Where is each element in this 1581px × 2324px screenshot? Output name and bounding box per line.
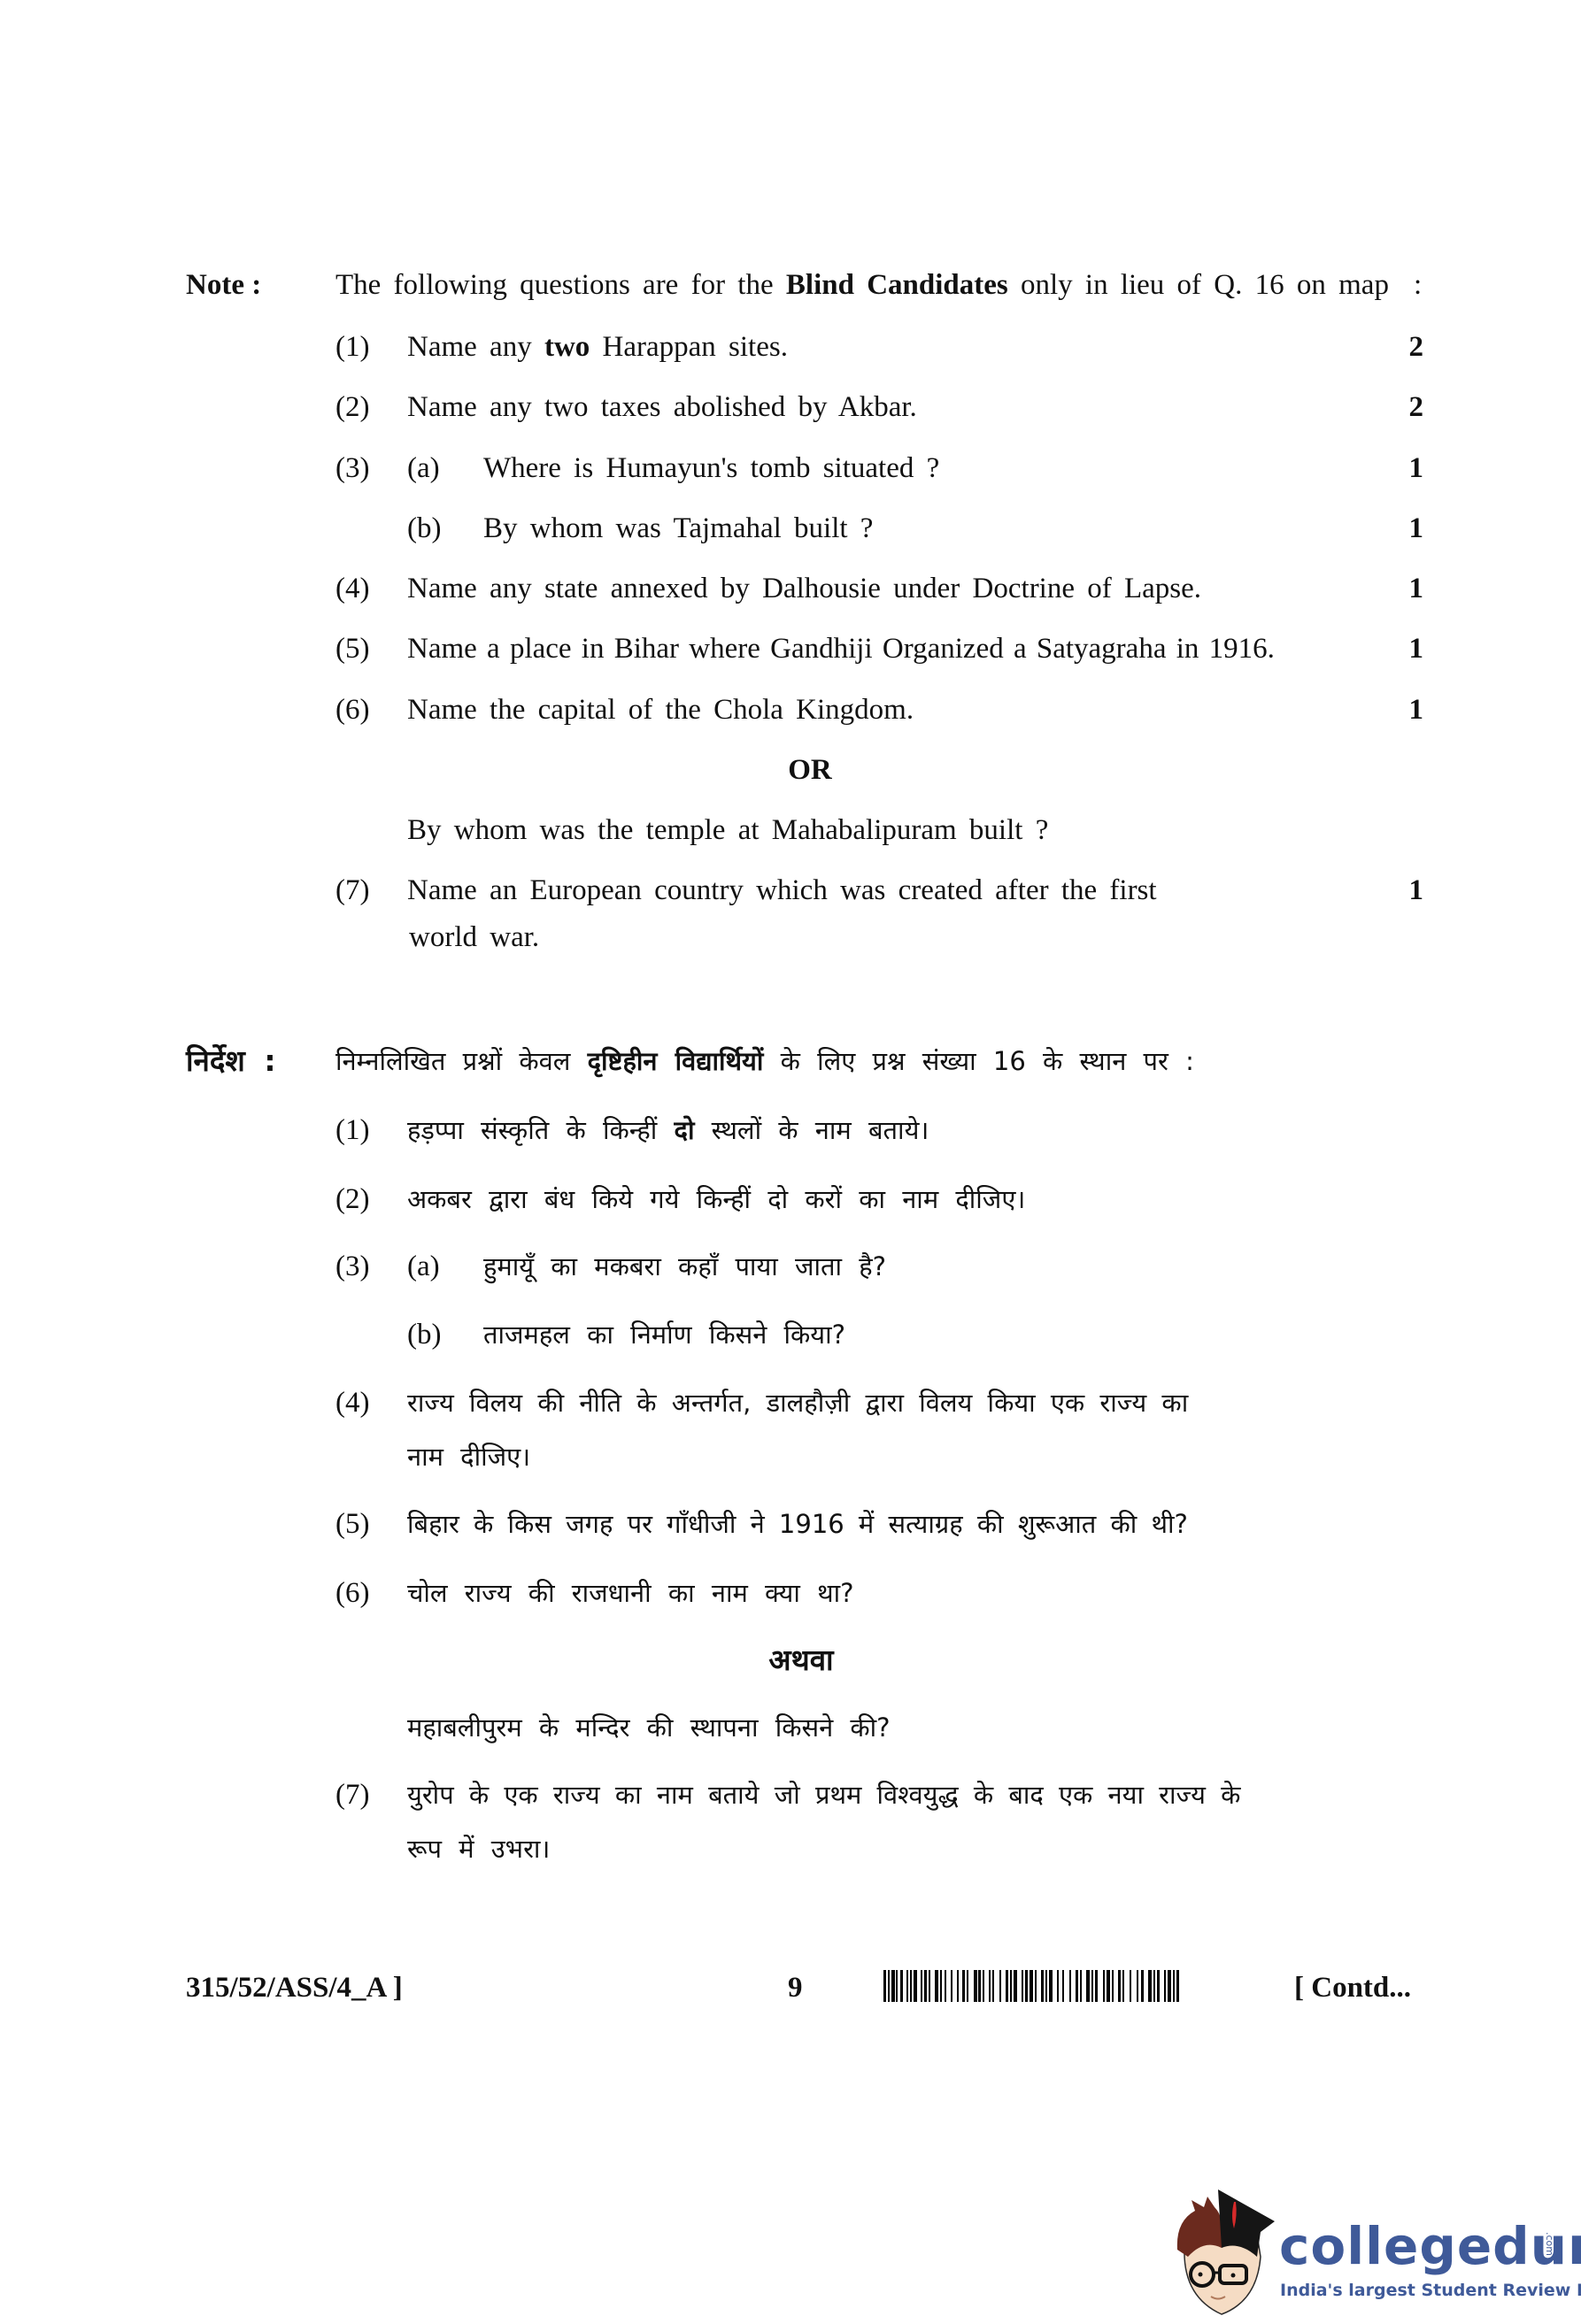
hindi-note-label: निर्देश : xyxy=(186,1043,276,1079)
question-number: (2) xyxy=(335,1181,369,1217)
question-sub-label: (a) xyxy=(407,450,440,486)
question-text: हुमायूँ का मकबरा कहाँ पाया जाता है? xyxy=(483,1249,886,1284)
question-number: (4) xyxy=(335,571,369,606)
question-text: Name any two Harappan sites. xyxy=(407,329,788,365)
question-text: युरोप के एक राज्य का नाम बताये जो प्रथम … xyxy=(407,1777,1240,1812)
question-marks: 1 xyxy=(1397,450,1423,486)
question-number: (3) xyxy=(335,450,369,486)
question-text: Name the capital of the Chola Kingdom. xyxy=(407,692,914,727)
question-number: (7) xyxy=(335,1777,369,1812)
note-intro-colon: : xyxy=(1414,267,1422,303)
question-number: (7) xyxy=(335,873,369,908)
question-sub-label: (b) xyxy=(407,511,441,546)
note-label: Note : xyxy=(186,267,261,303)
note-intro-text: The following questions are for the xyxy=(335,269,786,301)
note-intro-text-end: only in lieu of Q. 16 on map xyxy=(1008,269,1389,301)
or-divider-hindi: अथवा xyxy=(768,1643,833,1678)
hindi-note-intro: निम्नलिखित प्रश्नों केवल दृष्टिहीन विद्य… xyxy=(335,1043,1194,1079)
question-sub-label: (a) xyxy=(407,1249,440,1284)
question-number: (1) xyxy=(335,329,369,365)
or-divider: OR xyxy=(788,752,832,788)
logo-wordmark: collegedunia xyxy=(1279,2220,1581,2273)
question-marks: 2 xyxy=(1397,389,1423,425)
page-number: 9 xyxy=(788,1970,803,2005)
question-number: (1) xyxy=(335,1112,369,1148)
question-text: बिहार के किस जगह पर गाँधीजी ने 1916 में … xyxy=(407,1506,1188,1542)
paper-code: 315/52/ASS/4_A ] xyxy=(186,1970,403,2005)
question-text-continued: world war. xyxy=(409,920,539,955)
question-text-bold: two xyxy=(544,331,590,363)
hindi-intro-bold: दृष्टिहीन विद्यार्थियों xyxy=(588,1046,764,1076)
question-text-alternative: महाबलीपुरम के मन्दिर की स्थापना किसने की… xyxy=(407,1710,891,1745)
question-marks: 1 xyxy=(1397,511,1423,546)
question-marks: 1 xyxy=(1397,571,1423,606)
exam-page: Note : The following questions are for t… xyxy=(0,0,1581,2324)
mascot-icon xyxy=(1168,2186,1279,2319)
question-text-part: स्थलों के नाम बताये। xyxy=(694,1115,929,1145)
question-text-part: Harappan sites. xyxy=(590,331,788,363)
question-marks: 1 xyxy=(1397,631,1423,666)
question-marks: 1 xyxy=(1397,692,1423,727)
question-marks: 2 xyxy=(1397,329,1423,365)
question-text: अकबर द्वारा बंध किये गये किन्हीं दो करों… xyxy=(407,1181,1025,1217)
logo-domain: .com xyxy=(1544,2232,1555,2256)
question-text: Where is Humayun's tomb situated ? xyxy=(483,450,939,486)
question-marks: 1 xyxy=(1397,873,1423,908)
question-number: (5) xyxy=(335,631,369,666)
question-number: (6) xyxy=(335,692,369,727)
question-text-part: Name any xyxy=(407,331,544,363)
question-text: Name any state annexed by Dalhousie unde… xyxy=(407,571,1201,606)
continued-label: [ Contd... xyxy=(1294,1970,1411,2005)
logo-tagline: India's largest Student Review Platform xyxy=(1280,2280,1581,2301)
question-sub-label: (b) xyxy=(407,1317,441,1352)
hindi-intro-text-end: के लिए प्रश्न संख्या 16 के स्थान पर : xyxy=(763,1046,1193,1076)
barcode xyxy=(883,1970,1273,2002)
question-number: (4) xyxy=(335,1385,369,1420)
note-intro: The following questions are for the Blin… xyxy=(335,267,1389,303)
question-text: Name any two taxes abolished by Akbar. xyxy=(407,389,917,425)
question-text: राज्य विलय की नीति के अन्तर्गत, डालहौज़ी… xyxy=(407,1385,1188,1420)
question-number: (2) xyxy=(335,389,369,425)
question-text-alternative: By whom was the temple at Mahabalipuram … xyxy=(407,812,1048,848)
question-number: (6) xyxy=(335,1575,369,1611)
question-number: (3) xyxy=(335,1249,369,1284)
note-intro-bold: Blind Candidates xyxy=(786,269,1008,301)
question-text: ताजमहल का निर्माण किसने किया? xyxy=(483,1317,845,1352)
question-number: (5) xyxy=(335,1506,369,1542)
collegedunia-logo: collegedunia .com India's largest Studen… xyxy=(1168,2186,1576,2319)
question-text-part: हड़प्पा संस्कृति के किन्हीं xyxy=(407,1115,675,1145)
question-text: Name an European country which was creat… xyxy=(407,873,1157,908)
question-text: Name a place in Bihar where Gandhiji Org… xyxy=(407,631,1275,666)
question-text-bold: दो xyxy=(675,1115,695,1145)
question-text: हड़प्पा संस्कृति के किन्हीं दो स्थलों के… xyxy=(407,1112,929,1148)
question-text: By whom was Tajmahal built ? xyxy=(483,511,873,546)
question-text: चोल राज्य की राजधानी का नाम क्या था? xyxy=(407,1575,854,1611)
question-text-continued: रूप में उभरा। xyxy=(407,1831,550,1866)
hindi-intro-text: निम्नलिखित प्रश्नों केवल xyxy=(335,1046,588,1076)
question-text-continued: नाम दीजिए। xyxy=(407,1439,530,1474)
